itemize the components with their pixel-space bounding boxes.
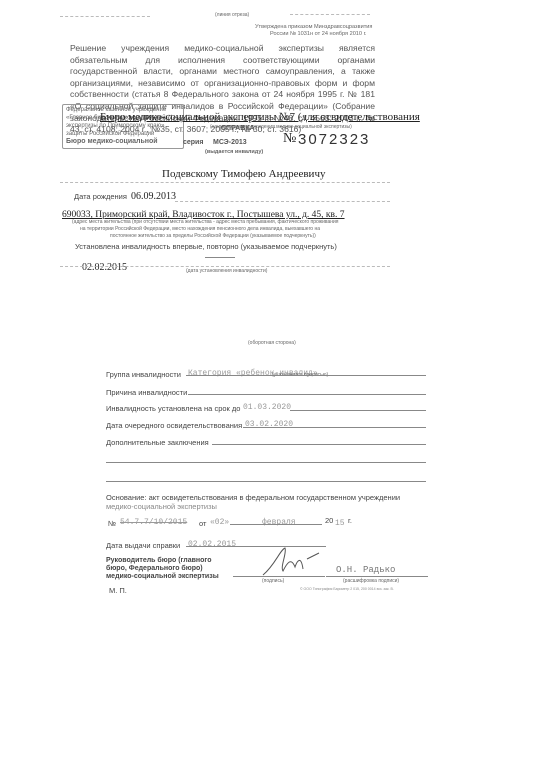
act-year-prefix: 20 — [325, 516, 333, 525]
group-label: Группа инвалидности — [106, 370, 181, 379]
approval-line-2: России № 1031н от 24 ноября 2010 г. — [270, 31, 367, 37]
cause-label: Причина инвалидности — [106, 388, 187, 397]
certificate-title: СПРАВКА — [221, 125, 255, 132]
seal-label: М. П. — [109, 586, 127, 595]
act-no-value: 54.7.7/10/2015 — [120, 518, 187, 527]
act-from-label: от — [199, 519, 206, 528]
extra-line-2 — [106, 462, 426, 463]
established-date: 02.02.2015 — [82, 262, 127, 273]
head-label-line-2: бюро, Федерального бюро) — [106, 565, 219, 573]
printer-note: © ООО Типография Барометр 2 015, 200 001… — [300, 587, 394, 591]
signature-scribble — [255, 545, 325, 580]
address-note-1: (адрес места жительства (при отсутствии … — [72, 219, 339, 225]
person-name: Подевскому Тимофею Андреевичу — [162, 168, 325, 180]
name-line — [60, 182, 390, 183]
reverse-side-label: (оборотная сторона) — [248, 340, 296, 346]
cut-line-left — [60, 16, 150, 17]
act-no-label: № — [108, 519, 116, 528]
issue-date-label: Дата выдачи справки — [106, 541, 180, 550]
head-label: Руководитель бюро (главного бюро, Федера… — [106, 557, 219, 581]
established-underline — [205, 257, 235, 258]
approval-line-1: Утверждена приказом Минздравсоцразвития — [255, 24, 372, 30]
extra-label: Дополнительные заключения — [106, 438, 209, 447]
extra-line-3 — [106, 481, 426, 482]
act-month: февраля — [262, 518, 296, 527]
cut-line-label: (линия отреза) — [215, 12, 249, 18]
series-label: серия — [183, 139, 203, 146]
stamp-line: Бюро медико-социальной — [66, 138, 180, 146]
act-year-unit: г. — [348, 516, 352, 525]
series-value: МСЭ-2013 — [213, 139, 247, 146]
address-note-3: постоянное жительство за пределы Российс… — [110, 233, 316, 239]
basis-line-2: медико-социальной экспертизы — [106, 502, 217, 511]
established-date-note: (дата установления инвалидности) — [186, 268, 267, 274]
issued-to-note: (выдается инвалиду) — [205, 149, 263, 155]
term-line — [290, 410, 426, 411]
act-month-line — [230, 524, 322, 525]
certificate-number: 3072323 — [298, 131, 370, 148]
next-exam-line — [243, 427, 426, 428]
birth-date-value: 06.09.2013 — [131, 191, 176, 202]
address-note-2: на территории Российской Федерации, мест… — [80, 226, 320, 232]
basis-line-1: Основание: акт освидетельствования в фед… — [106, 493, 400, 502]
stamp-line: защиты Российской Федерации — [66, 130, 180, 138]
number-sign: № — [283, 131, 296, 147]
established-date-line — [60, 266, 390, 267]
birth-date-label: Дата рождения — [74, 192, 127, 201]
term-value: 01.03.2020 — [243, 403, 291, 412]
extra-line-1 — [212, 444, 426, 445]
head-label-line-3: медико-социальной экспертизы — [106, 573, 219, 581]
group-line — [186, 375, 426, 376]
head-label-line-1: Руководитель бюро (главного — [106, 557, 219, 565]
act-day: «02» — [210, 518, 229, 527]
term-label: Инвалидность установлена на срок до — [106, 404, 240, 413]
head-name-note: (расшифровка подписи) — [343, 578, 399, 584]
signature-note: (подпись) — [262, 578, 284, 584]
cut-line-right — [290, 14, 370, 15]
signature-line — [233, 576, 325, 577]
stamp-line: экспертизы по Приморскому краю» — [66, 122, 180, 130]
head-name-line — [326, 576, 428, 577]
established-label: Установлена инвалидность впервые, повтор… — [75, 242, 337, 251]
bureau-name: Бюро медико-социальной экспертизы №7 (дл… — [100, 111, 420, 123]
act-year-suffix: 15 — [335, 519, 345, 528]
cause-line — [188, 394, 426, 395]
birth-date-line — [175, 201, 390, 202]
issue-date-value: 02.02.2015 — [188, 540, 236, 549]
head-name: О.Н. Радько — [336, 565, 395, 575]
next-exam-label: Дата очередного освидетельствования — [106, 421, 242, 430]
